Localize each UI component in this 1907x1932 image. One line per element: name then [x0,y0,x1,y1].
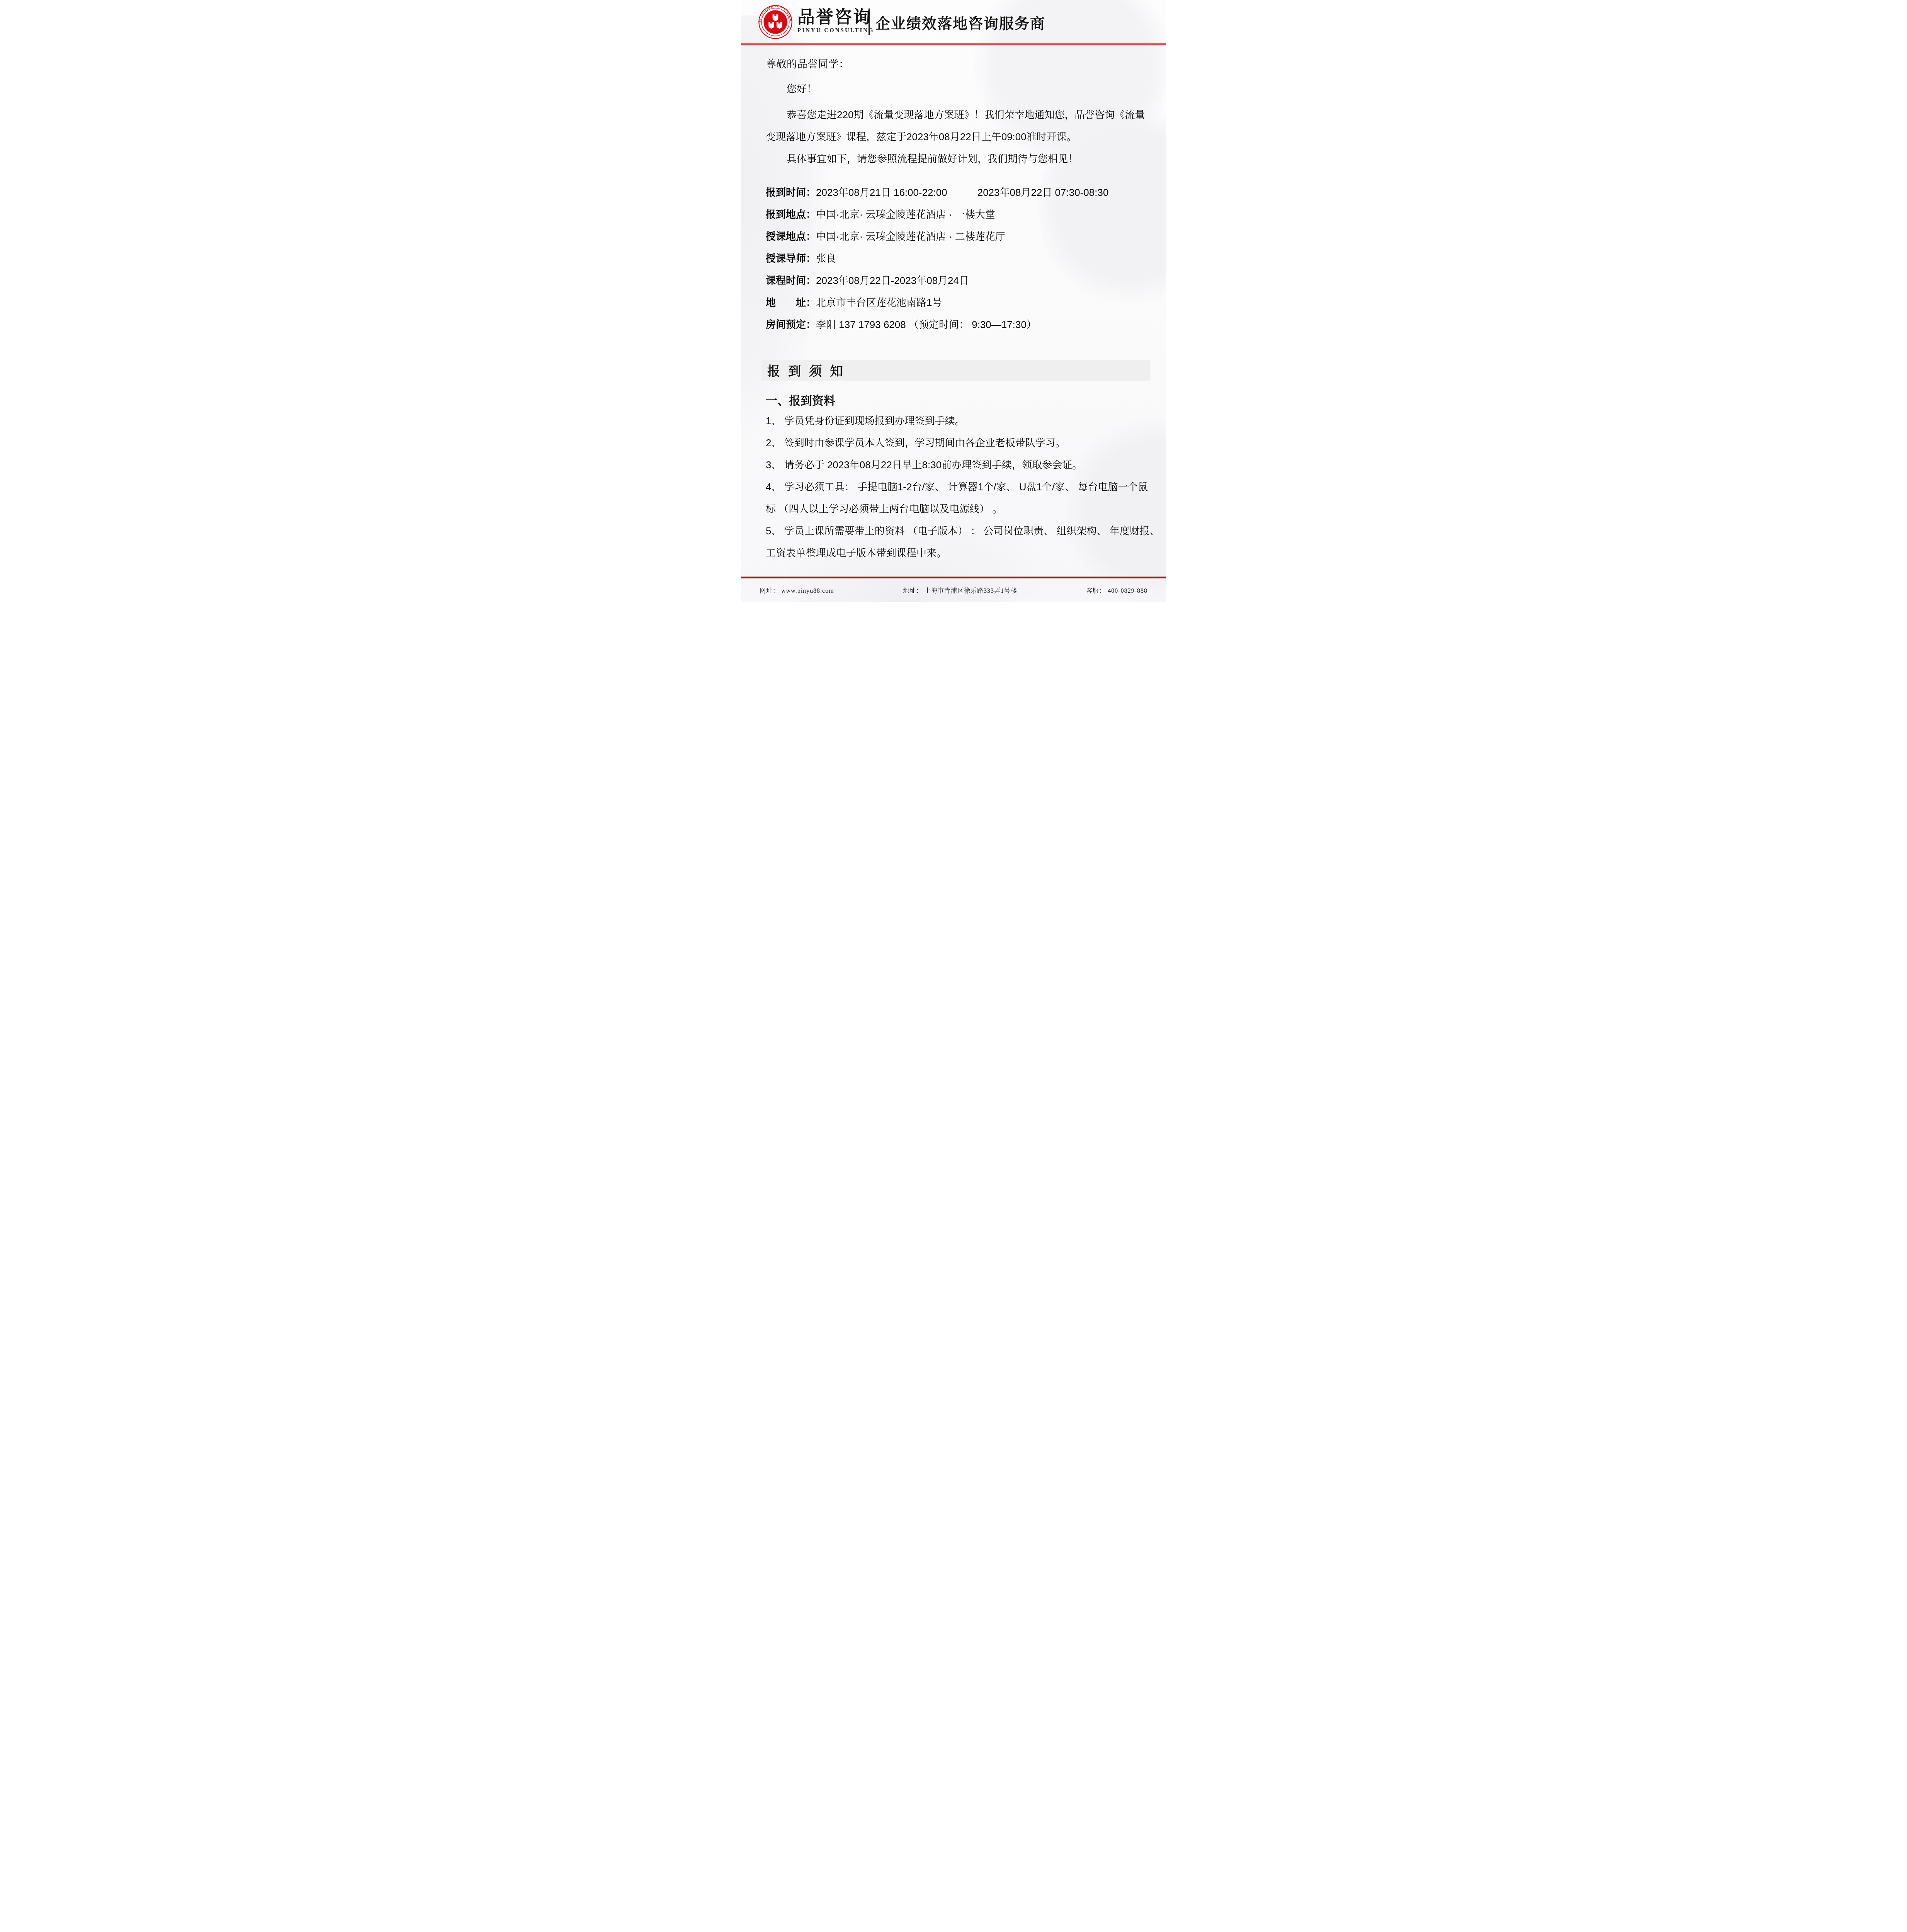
footer-address: 地址： 上海市青浦区徐乐路333弄1号楼 [903,586,1017,595]
info-row-checkin-place: 报到地点：中国·北京· 云瑧金陵莲花酒店 · 一楼大堂 [766,204,1149,226]
info-label: 报到地点： [766,209,816,220]
notice-item: 2、 签到时由参课学员本人签到，学习期间由各企业老板带队学习。 [766,432,1149,454]
info-value: 中国·北京· 云瑧金陵莲花酒店 · 一楼大堂 [816,209,995,220]
seal-inner-disc [763,10,787,34]
info-value: 李阳 137 1793 6208 （预定时间： 9:30—17:30） [816,319,1037,330]
footer-service-phone: 客服： 400-0829-888 [1086,586,1147,595]
info-label: 授课导师： [766,253,816,264]
info-value: 2023年08月21日 16:00-22:00 2023年08月22日 07:3… [816,187,1108,198]
notice-section: 一、报到资料 1、 学员凭身份证到现场报到办理签到手续。 2、 签到时由参课学员… [741,392,1166,564]
greeting: 您好！ [766,78,1149,100]
paragraph-congrats: 恭喜您走进220期《流量变现落地方案班》！我们荣幸地通知您，品誉咨询《流量 变现… [766,104,1149,170]
info-row-room-booking: 房间预定：李阳 137 1793 6208 （预定时间： 9:30—17:30） [766,314,1149,336]
info-label: 授课地点： [766,231,816,242]
info-label: 报到时间： [766,187,816,198]
info-value: 中国·北京· 云瑧金陵莲花酒店 · 二楼莲花厅 [816,231,1005,242]
header-tagline: 企业绩效落地咨询服务商 [875,12,1045,33]
info-row-class-place: 授课地点：中国·北京· 云瑧金陵莲花酒店 · 二楼莲花厅 [766,226,1149,248]
paragraph-line: 恭喜您走进220期《流量变现落地方案班》！我们荣幸地通知您，品誉咨询《流量 [766,104,1149,126]
info-label: 房间预定： [766,319,816,330]
info-row-course-dates: 课程时间：2023年08月22日-2023年08月24日 [766,270,1149,292]
notice-letter-page: PINYU ENTERPRISE MANAGEMENT 2014 品誉咨询 PI… [741,0,1166,602]
brand-block: 品誉咨询 PINYU CONSULTING [797,9,874,34]
footer-website: 网址： www.pinyu88.com [760,586,834,595]
company-seal-icon: PINYU ENTERPRISE MANAGEMENT 2014 [758,5,793,39]
notice-banner-title: 报 到 须 知 [767,361,845,379]
info-label: 课程时间： [766,275,816,286]
course-info-list: 报到时间：2023年08月21日 16:00-22:00 2023年08月22日… [766,182,1149,336]
paragraph-line: 变现落地方案班》课程，兹定于2023年08月22日上午09:00准时开课。 [766,126,1149,148]
brand-name-en: PINYU CONSULTING [797,27,874,34]
notice-item: 3、 请务必于 2023年08月22日早上8:30前办理签到手续，领取参会证。 [766,454,1149,476]
info-value: 2023年08月22日-2023年08月24日 [816,275,969,286]
info-row-checkin-time: 报到时间：2023年08月21日 16:00-22:00 2023年08月22日… [766,182,1149,204]
notice-item: 5、 学员上课所需要带上的资料 （电子版本） ： 公司岗位职责、 组织架构、 年… [766,520,1149,542]
notice-item: 1、 学员凭身份证到现场报到办理签到手续。 [766,410,1149,432]
info-value: 张良 [816,253,836,264]
header-vertical-divider [869,9,870,35]
paragraph-line: 具体事宜如下，请您参照流程提前做好计划，我们期待与您相见！ [766,148,1149,170]
info-row-address: 地 址：北京市丰台区莲花池南路1号 [766,292,1149,314]
brand-name-cn: 品誉咨询 [797,9,874,27]
salutation: 尊敬的品誉同学： [766,56,1149,73]
notice-item: 4、 学习必须工具： 手提电脑1-2台/家、 计算器1个/家、 U盘1个/家、 … [766,476,1149,498]
footer-contact-row: 网址： www.pinyu88.com 地址： 上海市青浦区徐乐路333弄1号楼… [741,578,1166,602]
notice-item-continuation: 标 （四人以上学习必须带上两台电脑以及电源线） 。 [766,498,1149,520]
letter-body: 尊敬的品誉同学： 您好！ 恭喜您走进220期《流量变现落地方案班》！我们荣幸地通… [741,45,1166,336]
section-title-materials: 一、报到资料 [766,392,1149,410]
info-label: 地 址： [766,297,816,308]
info-value: 北京市丰台区莲花池南路1号 [816,297,942,308]
info-row-teacher: 授课导师：张良 [766,248,1149,270]
footer: 网址： www.pinyu88.com 地址： 上海市青浦区徐乐路333弄1号楼… [741,577,1166,602]
notice-banner: 报 到 须 知 [761,360,1150,381]
header: PINYU ENTERPRISE MANAGEMENT 2014 品誉咨询 PI… [741,0,1166,43]
notice-item-continuation: 工资表单整理成电子版本带到课程中来。 [766,542,1149,564]
